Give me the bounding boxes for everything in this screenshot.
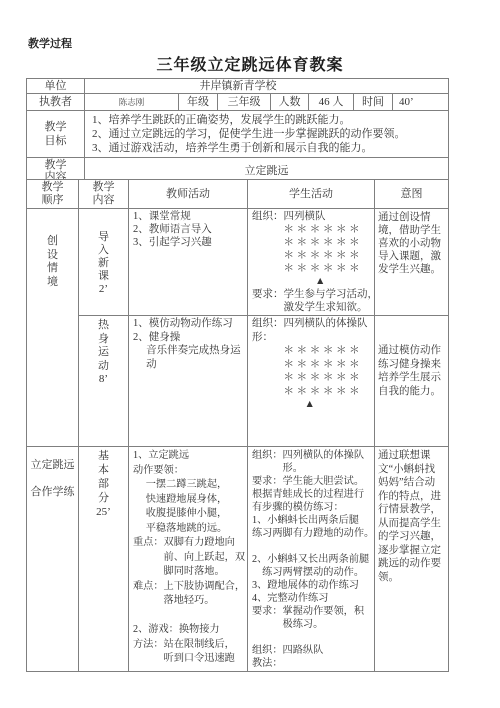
column-header-order: 教学 顺序 xyxy=(27,180,79,209)
teacher-row: 执教者 陈志刚 年级 三年级 人数 46 人 时间 40’ xyxy=(27,94,449,111)
row1-student-cell: 组织：四列横队 ＊ ＊ ＊ ＊ ＊ ＊ ＊ ＊ ＊ ＊ ＊ ＊ ＊ ＊ ＊ ＊ … xyxy=(248,209,375,316)
goals-text: 1、培养学生跳跃的正确姿势，发展学生的跳跃能力。 2、通过立定跳远的学习，促使学… xyxy=(85,111,449,158)
lesson-table: 教学 顺序 教学 内容 教师活动 学生活动 意图 创 设 情 境 导 入 新 课… xyxy=(26,179,449,672)
column-header-content: 教学 内容 xyxy=(79,180,129,209)
row2-content-cell: 热 身 运 动 8’ xyxy=(79,316,129,447)
time-value: 40’ xyxy=(393,94,449,111)
stage1-order-cell: 创 设 情 境 xyxy=(27,209,79,447)
row2-student-cell: 组织：四列横队的体操队 形： ＊ ＊ ＊ ＊ ＊ ＊ ＊ ＊ ＊ ＊ ＊ ＊ ＊… xyxy=(248,316,375,447)
unit-row: 单位 井岸镇新青学校 xyxy=(27,79,449,94)
row1-teacher-cell: 1、课堂常规 2、教师语言导入 3、引起学习兴趣 xyxy=(129,209,248,316)
column-header-intent: 意图 xyxy=(375,180,449,209)
header-row: 教学 顺序 教学 内容 教师活动 学生活动 意图 xyxy=(27,180,449,209)
goals-row: 教学 目标 1、培养学生跳跃的正确姿势，发展学生的跳跃能力。 2、通过立定跳远的… xyxy=(27,111,449,158)
stage2-row: 热 身 运 动 8’ 1、模仿动物动作练习 2、健身操 音乐伴奏完成热身运 动 … xyxy=(27,316,449,447)
row3-student-cell: 组织：四列横队的体操队 形。 要求：学生能大胆尝试。 根据青蛙成长的过程进行 有… xyxy=(248,447,375,672)
goals-label: 教学 目标 xyxy=(27,111,85,158)
row2-intent-cell: 通过模仿动作练习健身操来培养学生展示自我的能力。 xyxy=(375,316,449,447)
count-label: 人数 xyxy=(271,94,309,111)
row1-content-cell: 导 入 新 课 2’ xyxy=(79,209,129,316)
stage1-row: 创 设 情 境 导 入 新 课 2’ 1、课堂常规 2、教师语言导入 3、引起学… xyxy=(27,209,449,316)
row3-content-cell: 基 本 部 分 25’ xyxy=(79,447,129,672)
row3-intent-cell: 通过联想课文“小蝌蚪找妈妈”结合动作的特点，进行情景教学，从而提高学生的学习兴趣… xyxy=(375,447,449,672)
column-header-student: 学生活动 xyxy=(248,180,375,209)
document-page: 教学过程 三年级立定跳远体育教案 单位 井岸镇新青学校 执教者 陈志刚 年级 三… xyxy=(0,0,500,708)
info-table: 单位 井岸镇新青学校 执教者 陈志刚 年级 三年级 人数 46 人 时间 40’… xyxy=(26,78,449,185)
unit-value: 井岸镇新青学校 xyxy=(85,79,449,94)
teacher-label: 执教者 xyxy=(27,94,85,111)
row3-order-cell: 立定跳远 合作学练 xyxy=(27,447,79,672)
stage3-row: 立定跳远 合作学练 基 本 部 分 25’ 1、立定跳远 动作要领： 一摆二蹲三… xyxy=(27,447,449,672)
grade-label: 年级 xyxy=(179,94,218,111)
grade-value: 三年级 xyxy=(218,94,271,111)
count-value: 46 人 xyxy=(309,94,354,111)
time-label: 时间 xyxy=(354,94,393,111)
row2-teacher-cell: 1、模仿动物动作练习 2、健身操 音乐伴奏完成热身运 动 xyxy=(129,316,248,447)
row3-teacher-cell: 1、立定跳远 动作要领： 一摆二蹲三跳起， 快速蹬地展身体， 收腹提膝伸小腿， … xyxy=(129,447,248,672)
teacher-name: 陈志刚 xyxy=(85,94,179,111)
unit-label: 单位 xyxy=(27,79,85,94)
column-header-teacher: 教师活动 xyxy=(129,180,248,209)
row1-intent-cell: 通过创设情境，借助学生喜欢的小动物导入课题，激发学生兴趣。 xyxy=(375,209,449,316)
process-label: 教学过程 xyxy=(28,35,72,51)
page-title: 三年级立定跳远体育教案 xyxy=(0,52,500,75)
